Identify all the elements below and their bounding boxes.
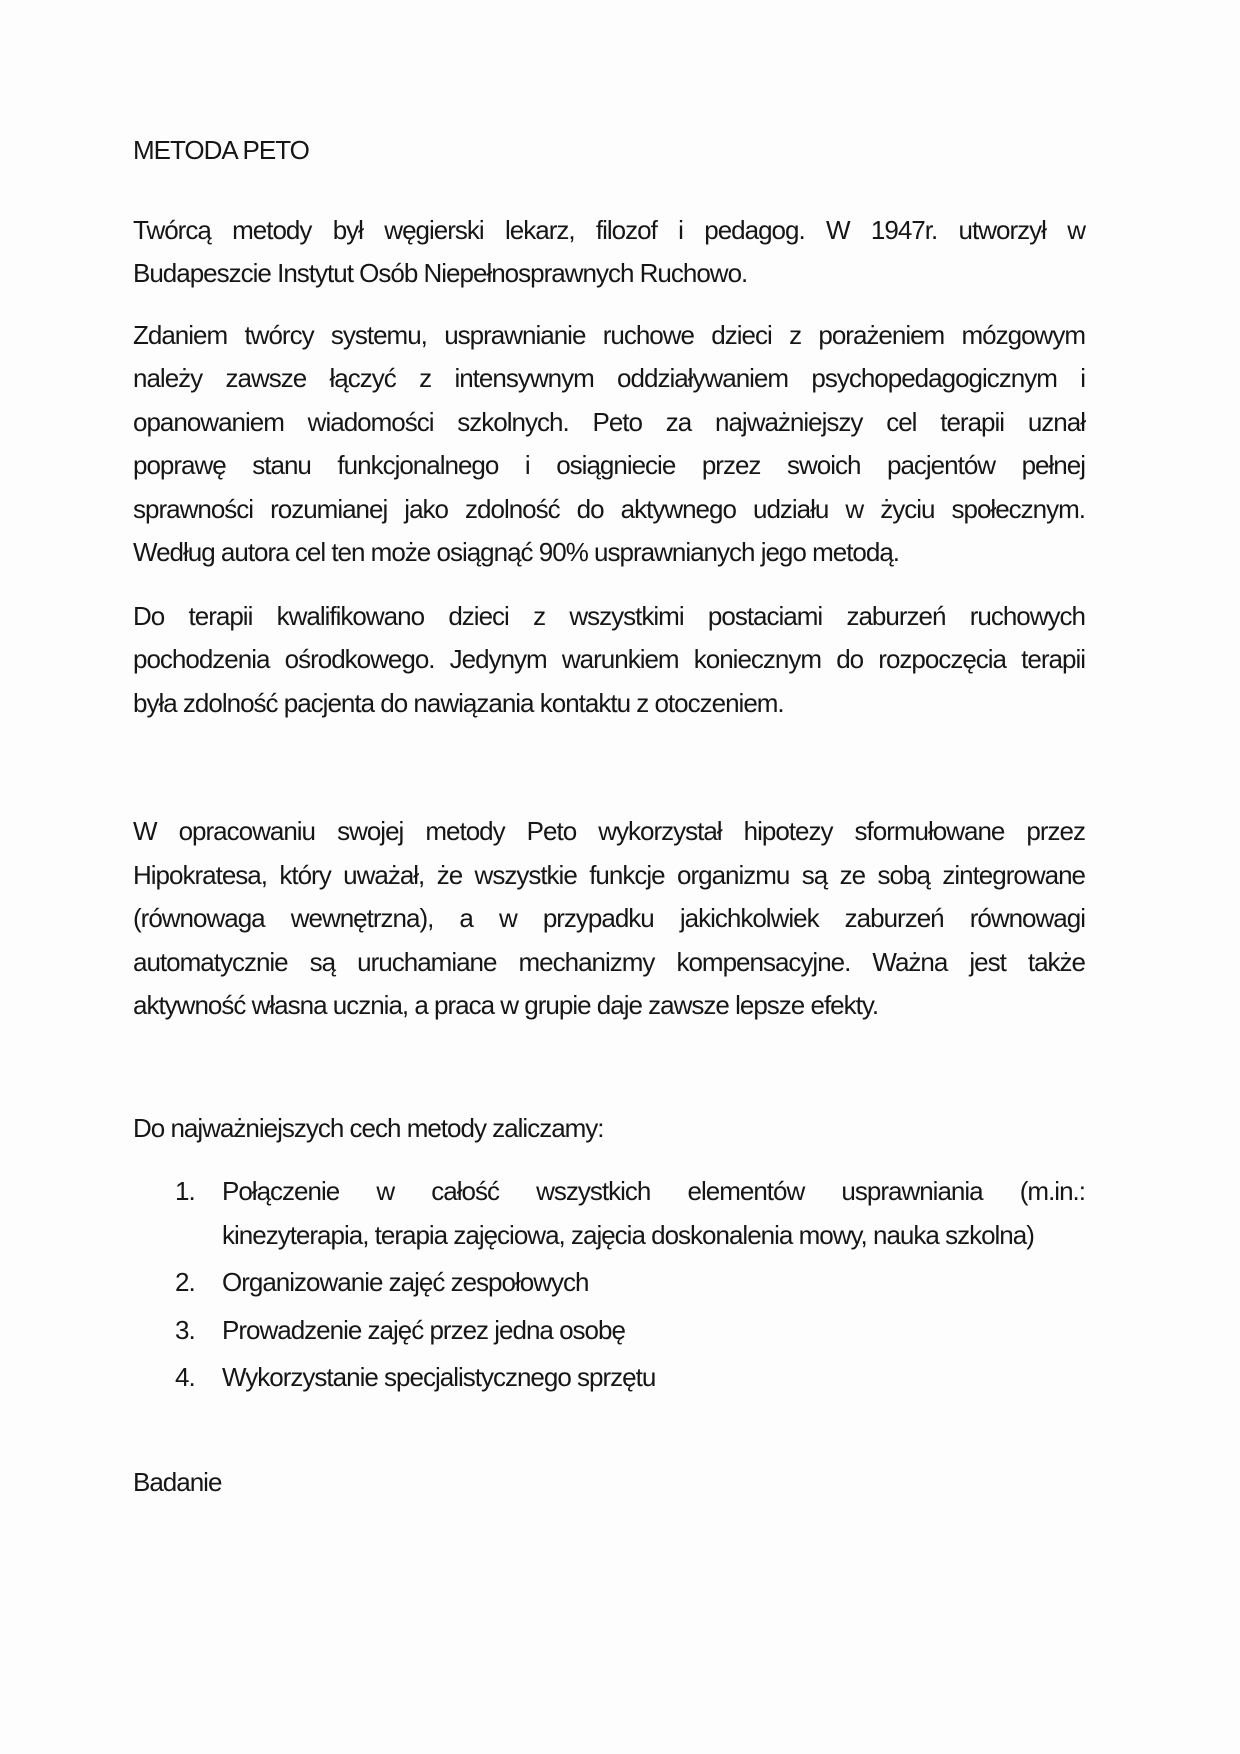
feature-list-item: 3.Prowadzenie zajęć przez jedna osobę <box>133 1309 1085 1353</box>
text-line: Według autora cel ten może osiągnąć 90% … <box>133 531 1085 575</box>
text-line: była zdolność pacjenta do nawiązania kon… <box>133 682 1085 726</box>
paragraph-hippocrates: W opracowaniu swojej metody Peto wykorzy… <box>133 810 1085 1028</box>
text-line: Budapeszcie Instytut Osób Niepełnosprawn… <box>133 252 1085 296</box>
list-item-text: Prowadzenie zajęć przez jedna osobę <box>222 1309 1085 1353</box>
paragraph-system-goals: Zdaniem twórcy systemu, usprawnianie ruc… <box>133 314 1085 575</box>
text-line: (równowaga wewnętrzna), a w przypadku ja… <box>133 897 1085 941</box>
text-line: sprawności rozumianej jako zdolność do a… <box>133 488 1085 532</box>
text-line: Prowadzenie zajęć przez jedna osobę <box>222 1309 1085 1353</box>
list-item-text: Połączenie w całość wszystkich elementów… <box>222 1170 1085 1257</box>
text-line: należy zawsze łączyć z intensywnym oddzi… <box>133 357 1085 401</box>
paragraph-qualification: Do terapii kwalifikowano dzieci z wszyst… <box>133 595 1085 726</box>
text-line: pochodzenia ośrodkowego. Jedynym warunki… <box>133 638 1085 682</box>
text-line: kinezyterapia, terapia zajęciowa, zajęci… <box>222 1214 1085 1258</box>
text-line: Organizowanie zajęć zespołowych <box>222 1261 1085 1305</box>
feature-list-item: 1.Połączenie w całość wszystkich element… <box>133 1170 1085 1257</box>
list-item-text: Organizowanie zajęć zespołowych <box>222 1261 1085 1305</box>
text-line: Zdaniem twórcy systemu, usprawnianie ruc… <box>133 314 1085 358</box>
text-line: aktywność własna ucznia, a praca w grupi… <box>133 984 1085 1028</box>
page-title: METODA PETO <box>133 129 1085 173</box>
document-page: METODA PETO Twórcą metody był węgierski … <box>0 0 1240 1754</box>
list-item-number: 1. <box>175 1170 222 1214</box>
text-line: Do terapii kwalifikowano dzieci z wszyst… <box>133 595 1085 639</box>
list-item-number: 4. <box>175 1356 222 1400</box>
text-line: opanowaniem wiadomości szkolnych. Peto z… <box>133 401 1085 445</box>
text-line: Wykorzystanie specjalistycznego sprzętu <box>222 1356 1085 1400</box>
text-line: poprawę stanu funkcjonalnego i osiągniec… <box>133 444 1085 488</box>
text-line: Twórcą metody był węgierski lekarz, filo… <box>133 209 1085 253</box>
list-item-number: 2. <box>175 1261 222 1305</box>
text-line: W opracowaniu swojej metody Peto wykorzy… <box>133 810 1085 854</box>
list-item-number: 3. <box>175 1309 222 1353</box>
feature-list-item: 2.Organizowanie zajęć zespołowych <box>133 1261 1085 1305</box>
feature-list-item: 4.Wykorzystanie specjalistycznego sprzęt… <box>133 1356 1085 1400</box>
paragraph-origin: Twórcą metody był węgierski lekarz, filo… <box>133 209 1085 296</box>
list-item-text: Wykorzystanie specjalistycznego sprzętu <box>222 1356 1085 1400</box>
features-heading: Do najważniejszych cech metody zaliczamy… <box>133 1107 1085 1151</box>
text-line: Hipokratesa, który uważał, że wszystkie … <box>133 854 1085 898</box>
text-line: Połączenie w całość wszystkich elementów… <box>222 1170 1085 1214</box>
section-label-badanie: Badanie <box>133 1461 1085 1505</box>
text-line: automatycznie są uruchamiane mechanizmy … <box>133 941 1085 985</box>
features-list: 1.Połączenie w całość wszystkich element… <box>133 1170 1085 1400</box>
